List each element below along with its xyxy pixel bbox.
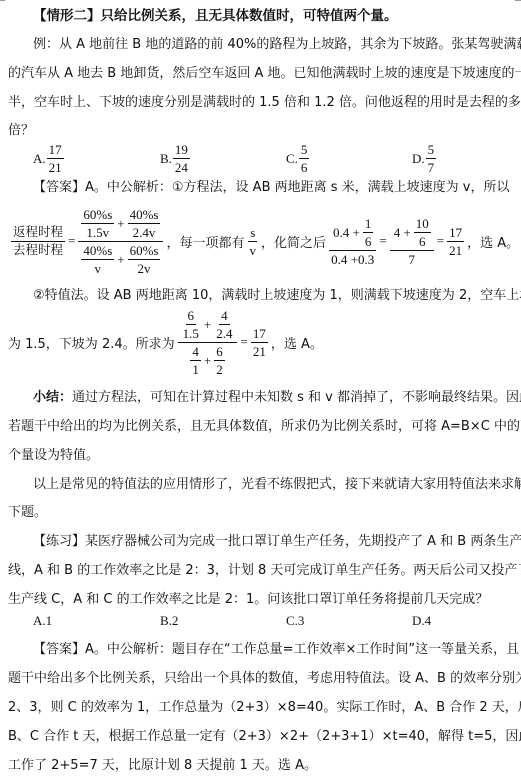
numerator: 60%s <box>81 208 114 224</box>
plus-sign: + <box>204 354 211 367</box>
term: 41 <box>190 345 201 376</box>
formula-text: ，化简之后 <box>261 232 326 251</box>
answer2-line-3: 2、3，则 C 的效率为 1，工作总量为（2+3）×8=40。实际工作时，A、B… <box>8 698 515 718</box>
practice-option-c: C.3 <box>286 613 304 629</box>
example-line-3: 半，空车时上、下坡的速度分别是满载时的 1.5 倍和 1.2 倍。问他返程的用时… <box>8 93 515 113</box>
page-corner-mark-right <box>515 0 521 1</box>
method2-formula: 为 1.5，下坡为 2.4。所求为 61.5 + 42.4 41 + 62 = … <box>8 310 325 374</box>
plus-sign: + <box>117 253 124 266</box>
answer2-line-1: 【答案】A。中公解析：题目存在“工作总量=工作效率×工作时间”这一等量关系，且 <box>33 640 515 660</box>
practice-line-2: 线，A 和 B 的工作效率之比是 2：3，计划 8 天可完成订单生产任务。两天后… <box>8 561 515 581</box>
denominator: v <box>248 242 259 257</box>
numerator: 17 <box>251 327 268 343</box>
denominator: 1 <box>190 361 201 376</box>
denominator: 1.5 <box>181 325 201 340</box>
denominator: 7 <box>426 159 437 174</box>
equals-sign: = <box>379 233 386 249</box>
numerator: 17 <box>447 226 464 242</box>
denominator: v <box>93 260 104 275</box>
compound-fraction: 61.5 + 42.4 41 + 62 <box>178 307 238 378</box>
denominator: 6 <box>299 159 310 174</box>
answer1-intro: 【答案】A。中公解析：①方程法，设 AB 两地距离 s 米，满载上坡速度为 v，… <box>33 178 515 198</box>
example-line-2: 的汽车从 A 地去 B 地卸货，然后空车返回 A 地。已知他满载时上坡的速度是下… <box>8 64 515 84</box>
denominator: 21 <box>447 242 464 257</box>
compound-denominator: 41 + 62 <box>187 343 227 378</box>
equals-sign: = <box>240 334 247 350</box>
numerator: 4 <box>219 309 230 325</box>
term: 0.4 + <box>333 226 360 239</box>
numerator: 10 <box>414 217 431 233</box>
numerator: 0.4 + 16 <box>329 215 376 251</box>
term: 60%s1.5v <box>81 208 114 239</box>
numerator: 4 <box>190 345 201 361</box>
example-line-4: 倍？ <box>8 121 515 141</box>
denominator: 2 <box>214 361 225 376</box>
example-option-d: D. 57 <box>412 143 437 174</box>
plus-sign: + <box>204 318 211 331</box>
option-fraction: 1721 <box>47 143 64 174</box>
answer2-line-2: 题干中给出多个比例关系，只给出一个具体的数值，考虑用特值法。设 A、B 的效率分… <box>8 669 515 689</box>
closing-line-1: 以上是常见的特值法的应用情形了，光看不练假把式，接下来就请大家用特值法来求解 <box>33 475 515 495</box>
s-over-v: sv <box>248 226 259 257</box>
numerator: 5 <box>299 143 310 159</box>
denominator: 2v <box>136 260 153 275</box>
practice-option-d: D.4 <box>412 613 431 629</box>
option-label: B. <box>160 151 172 167</box>
term: 106 <box>414 217 431 248</box>
practice-line-3: 生产线 C，A 和 C 的工作效率之比是 2：1。问该批口罩订单任务将提前几天完… <box>8 590 515 610</box>
lhs-ratio: 返程时程 去程时程 <box>11 226 65 256</box>
option-label: D. <box>412 151 425 167</box>
denominator: 21 <box>47 159 64 174</box>
numerator: 5 <box>426 143 437 159</box>
numerator: 60%s <box>128 244 161 260</box>
denominator: 21 <box>251 343 268 358</box>
example-line-1: 例：从 A 地前往 B 地的道路的前 40%的路程为上坡路，其余为下坡路。张某驾… <box>33 35 515 55</box>
result-fraction: 1721 <box>447 226 464 257</box>
denominator: 去程时程 <box>11 242 65 257</box>
practice-line-1: 【练习】某医疗器械公司为完成一批口罩订单生产任务，先期投产了 A 和 B 两条生… <box>33 532 515 552</box>
numerator: 40%s <box>81 244 114 260</box>
numerator: 1 <box>363 217 374 233</box>
denominator: 2.4v <box>131 224 158 239</box>
simplified-fraction-1: 0.4 + 16 0.4 +0.3 <box>329 215 376 268</box>
compound-numerator: 60%s1.5v + 40%s2.4v <box>78 206 163 242</box>
plus-sign: + <box>117 217 124 230</box>
denominator: 0.4 +0.3 <box>329 251 376 268</box>
simplified-fraction-2: 4 + 106 7 <box>390 215 434 268</box>
option-label: A. <box>33 151 46 167</box>
term: 61.5 <box>181 309 201 340</box>
example-option-b: B. 1924 <box>160 143 191 174</box>
compound-fraction: 60%s1.5v + 40%s2.4v 40%sv + 60%s2v <box>78 206 163 277</box>
summary-text: 通过方程法，可知在计算过程中未知数 s 和 v 都消掉了，不影响最终结果。因此， <box>72 390 521 405</box>
numerator: 19 <box>173 143 190 159</box>
formula-text: 为 1.5，下坡为 2.4。所求为 <box>8 333 175 352</box>
practice-option-a: A.1 <box>33 613 52 629</box>
summary-line-1: 小结：通过方程法，可知在计算过程中未知数 s 和 v 都消掉了，不影响最终结果。… <box>33 388 515 408</box>
practice-option-b: B.2 <box>160 613 178 629</box>
term: 60%s2v <box>128 244 161 275</box>
formula-text: ，选 A。 <box>467 232 519 251</box>
formula-text: ，每一项都有 <box>166 232 244 251</box>
equals-sign: = <box>68 233 75 249</box>
result-fraction: 1721 <box>251 327 268 358</box>
denominator: 7 <box>407 251 418 268</box>
term: 62 <box>214 345 225 376</box>
method2-line: ②特值法。设 AB 两地距离 10，满载时上坡速度为 1，则满载下坡速度为 2，… <box>33 286 515 306</box>
closing-line-2: 下题。 <box>8 503 515 523</box>
term: 4 + <box>394 226 411 239</box>
option-label: C. <box>286 151 298 167</box>
term: 40%s2.4v <box>128 208 161 239</box>
option-fraction: 56 <box>299 143 310 174</box>
compound-numerator: 61.5 + 42.4 <box>178 307 238 343</box>
page-corner-mark-left <box>0 0 5 1</box>
summary-line-2: 若题干中给出的均为比例关系，且无具体数值，所求仍为比例关系时，可将 A=B×C … <box>8 417 515 437</box>
formula-text: ，选 A。 <box>271 333 323 352</box>
numerator: 4 + 106 <box>390 215 434 251</box>
numerator: 6 <box>186 309 197 325</box>
option-fraction: 57 <box>426 143 437 174</box>
option-fraction: 1924 <box>173 143 190 174</box>
denominator: 6 <box>417 233 428 248</box>
denominator: 2.4 <box>214 325 234 340</box>
example-option-c: C. 56 <box>286 143 310 174</box>
denominator: 6 <box>363 233 374 248</box>
denominator: 24 <box>173 159 190 174</box>
numerator: s <box>248 226 257 242</box>
answer1-formula: 返程时程 去程时程 = 60%s1.5v + 40%s2.4v 40%sv + … <box>10 205 521 277</box>
equals-sign: = <box>437 233 444 249</box>
numerator: 40%s <box>128 208 161 224</box>
term: 42.4 <box>214 309 234 340</box>
section-title: 【情形二】只给比例关系，且无具体数值时，可特值两个量。 <box>33 6 515 26</box>
summary-line-3: 个量设为特值。 <box>8 446 515 466</box>
summary-label: 小结： <box>33 390 72 405</box>
term: 16 <box>363 217 374 248</box>
denominator: 1.5v <box>84 224 111 239</box>
numerator: 6 <box>214 345 225 361</box>
answer2-line-4: B、C 合作 t 天，根据工作总量一定有（2+3）×2+（2+3+1）×t=40… <box>8 727 515 747</box>
compound-denominator: 40%sv + 60%s2v <box>78 242 163 277</box>
term: 40%sv <box>81 244 114 275</box>
example-option-a: A. 1721 <box>33 143 65 174</box>
numerator: 返程时程 <box>11 226 65 242</box>
answer2-line-5: 工作了 2+5=7 天，比原计划 8 天提前 1 天。选 A。 <box>8 756 515 776</box>
numerator: 17 <box>47 143 64 159</box>
